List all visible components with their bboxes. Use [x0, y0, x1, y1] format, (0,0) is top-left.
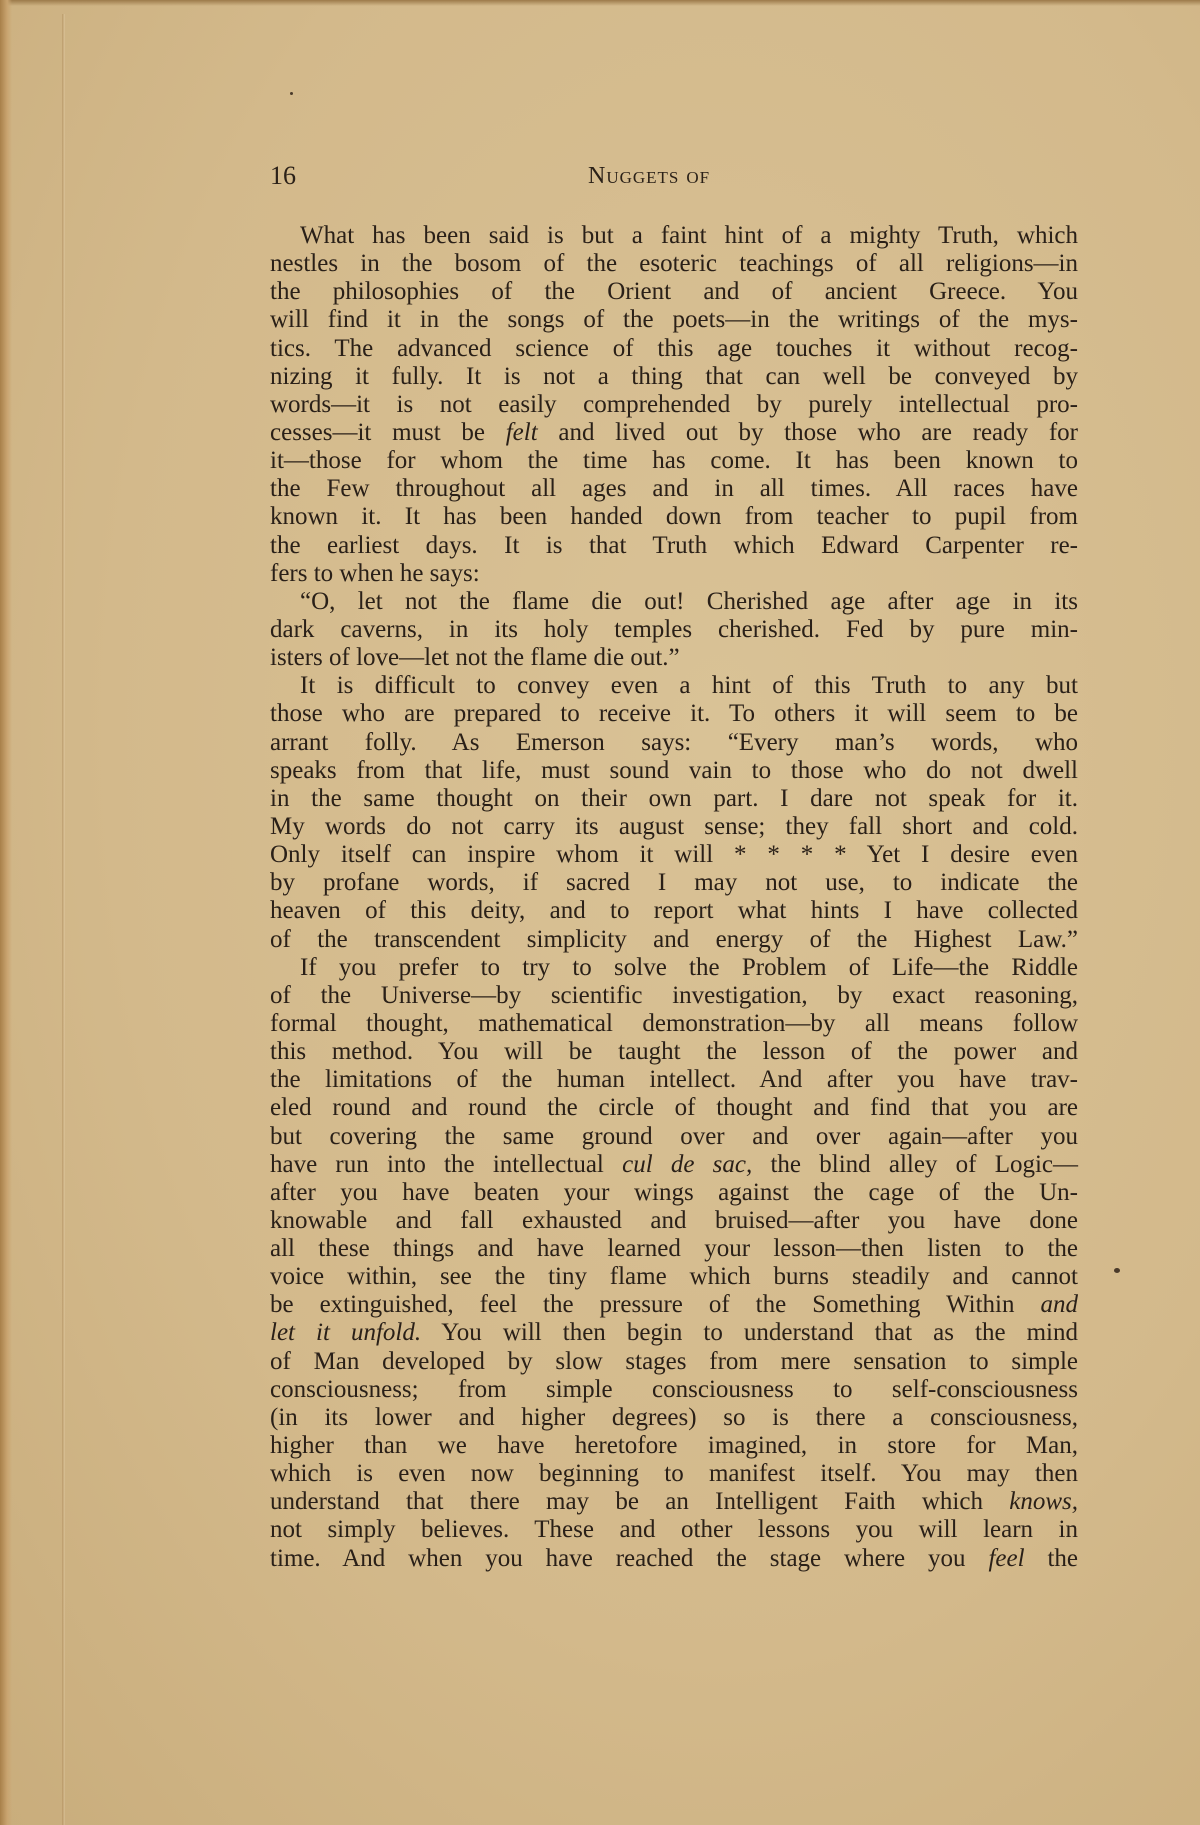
running-head: Nuggets of — [588, 163, 710, 190]
text-line: tics. The advanced science of this age t… — [270, 335, 1078, 363]
italic-emphasis: and — [1041, 1291, 1079, 1318]
text-line: known it. It has been handed down from t… — [270, 503, 1078, 531]
ink-speck — [1114, 1268, 1120, 1273]
text-line: cesses—it must be felt and lived out by … — [270, 419, 1078, 447]
italic-emphasis: feel — [988, 1545, 1024, 1572]
text-line: heaven of this deity, and to report what… — [270, 897, 1078, 925]
body-text: What has been said is but a faint hint o… — [270, 222, 1078, 1573]
text-line: If you prefer to try to solve the Proble… — [270, 954, 1078, 982]
text-line: understand that there may be an Intellig… — [270, 1488, 1078, 1516]
text-line: be extinguished, feel the pressure of th… — [270, 1291, 1078, 1319]
text-line: of the transcendent simplicity and energ… — [270, 926, 1078, 954]
binding-edge — [0, 0, 12, 1825]
text-line: let it unfold. You will then begin to un… — [270, 1319, 1078, 1347]
book-page: 16 Nuggets of What has been said is but … — [0, 0, 1200, 1825]
text-line: nestles in the bosom of the esoteric tea… — [270, 250, 1078, 278]
text-line: It is difficult to convey even a hint of… — [270, 672, 1078, 700]
italic-emphasis: knows, — [1009, 1488, 1078, 1515]
italic-emphasis: let it unfold. — [270, 1319, 421, 1346]
text-line: formal thought, mathematical demonstrati… — [270, 1010, 1078, 1038]
text-line: after you have beaten your wings against… — [270, 1179, 1078, 1207]
text-line: fers to when he says: — [270, 560, 1078, 588]
text-line: of Man developed by slow stages from mer… — [270, 1348, 1078, 1376]
text-line: all these things and have learned your l… — [270, 1235, 1078, 1263]
text-line: time. And when you have reached the stag… — [270, 1545, 1078, 1573]
page-top-edge — [0, 0, 1200, 6]
text-line: isters of love—let not the flame die out… — [270, 644, 1078, 672]
page-number: 16 — [270, 161, 296, 191]
text-line: My words do not carry its august sense; … — [270, 813, 1078, 841]
italic-emphasis: cul de sac, — [622, 1151, 752, 1178]
text-line: “O, let not the flame die out! Cherished… — [270, 588, 1078, 616]
text-line: higher than we have heretofore imagined,… — [270, 1432, 1078, 1460]
text-line: of the Universe—by scientific investigat… — [270, 982, 1078, 1010]
text-line: consciousness; from simple consciousness… — [270, 1376, 1078, 1404]
text-line: arrant folly. As Emerson says: “Every ma… — [270, 729, 1078, 757]
text-line: What has been said is but a faint hint o… — [270, 222, 1078, 250]
text-line: Only itself can inspire whom it will * *… — [270, 841, 1078, 869]
page-fold-line — [62, 14, 65, 1825]
text-line: (in its lower and higher degrees) so is … — [270, 1404, 1078, 1432]
text-line: by profane words, if sacred I may not us… — [270, 869, 1078, 897]
text-line: those who are prepared to receive it. To… — [270, 700, 1078, 728]
text-line: the Few throughout all ages and in all t… — [270, 475, 1078, 503]
text-line: knowable and fall exhausted and bruised—… — [270, 1207, 1078, 1235]
text-line: have run into the intellectual cul de sa… — [270, 1151, 1078, 1179]
text-line: this method. You will be taught the less… — [270, 1038, 1078, 1066]
text-line: not simply believes. These and other les… — [270, 1516, 1078, 1544]
text-line: the earliest days. It is that Truth whic… — [270, 532, 1078, 560]
text-line: it—those for whom the time has come. It … — [270, 447, 1078, 475]
text-line: the limitations of the human intellect. … — [270, 1066, 1078, 1094]
text-line: voice within, see the tiny flame which b… — [270, 1263, 1078, 1291]
ink-speck — [290, 92, 293, 95]
text-line: the philosophies of the Orient and of an… — [270, 278, 1078, 306]
italic-emphasis: felt — [506, 419, 538, 446]
text-line: which is even now beginning to manifest … — [270, 1460, 1078, 1488]
text-line: in the same thought on their own part. I… — [270, 785, 1078, 813]
text-line: dark caverns, in its holy temples cheris… — [270, 616, 1078, 644]
text-line: eled round and round the circle of thoug… — [270, 1094, 1078, 1122]
text-line: nizing it fully. It is not a thing that … — [270, 363, 1078, 391]
text-line: speaks from that life, must sound vain t… — [270, 757, 1078, 785]
text-line: will find it in the songs of the poets—i… — [270, 306, 1078, 334]
text-line: but covering the same ground over and ov… — [270, 1123, 1078, 1151]
text-line: words—it is not easily comprehended by p… — [270, 391, 1078, 419]
